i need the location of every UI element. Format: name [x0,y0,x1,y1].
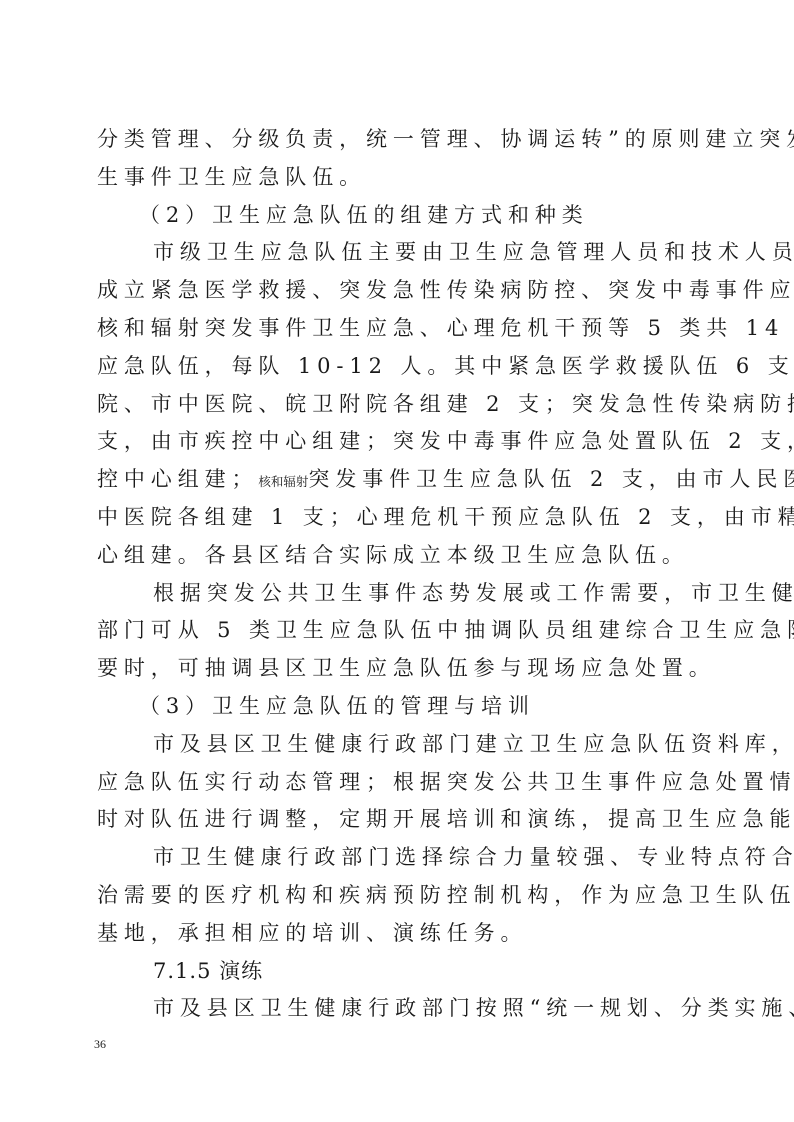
paragraph-line: 市卫生健康行政部门选择综合力量较强、专业特点符合应急救 [97,839,691,877]
paragraph-line: 应急队伍实行动态管理；根据突发公共卫生事件应急处置情况，及 [97,764,691,802]
paragraph-line: 基地，承担相应的培训、演练任务。 [97,915,691,953]
line-segment: 控中心组建； [97,467,258,491]
paragraph-line: 分类管理、分级负责，统一管理、协调运转”的原则建立突发公共卫 [97,121,691,159]
paragraph-line: 支，由市疾控中心组建；突发中毒事件应急处置队伍 2 支，由市疾 [97,423,691,461]
paragraph-line: 核和辐射突发事件卫生应急、心理危机干预等 5 类共 14 支市级卫生 [97,310,691,348]
paragraph-line: 时对队伍进行调整，定期开展培训和演练，提高卫生应急能力。 [97,801,691,839]
paragraph-line: 心组建。各县区结合实际成立本级卫生应急队伍。 [97,537,691,575]
paragraph-line: 生事件卫生应急队伍。 [97,159,691,197]
paragraph-line: 控中心组建；核和辐射突发事件卫生应急队伍 2 支，由市人民医院、市 [97,461,691,499]
paragraph-line: 市及县区卫生健康行政部门按照“统一规划、分类实施、分级负 [97,990,691,1028]
section-heading: （2）卫生应急队伍的组建方式和种类 [97,197,691,235]
page-number: 36 [94,1037,106,1052]
paragraph-line: 院、市中医院、皖卫附院各组建 2 支；突发急性传染病防控队伍 2 [97,386,691,424]
section-heading: （3）卫生应急队伍的管理与培训 [97,688,691,726]
small-text-segment: 核和辐射 [258,474,308,489]
paragraph-line: 中医院各组建 1 支；心理危机干预应急队伍 2 支，由市精神卫生中 [97,499,691,537]
paragraph-line: 市及县区卫生健康行政部门建立卫生应急队伍资料库，对卫生 [97,726,691,764]
paragraph-line: 成立紧急医学救援、突发急性传染病防控、突发中毒事件应急处置、 [97,272,691,310]
paragraph-line: 治需要的医疗机构和疾病预防控制机构，作为应急卫生队伍的培训 [97,877,691,915]
line-segment: 突发事件卫生应急队伍 2 支，由市人民医院、市 [308,467,794,491]
paragraph-line: 要时，可抽调县区卫生应急队伍参与现场应急处置。 [97,650,691,688]
section-heading: 7.1.5 演练 [97,953,691,991]
paragraph-line: 市级卫生应急队伍主要由卫生应急管理人员和技术人员构成， [97,234,691,272]
paragraph-line: 根据突发公共卫生事件态势发展或工作需要，市卫生健康行政 [97,575,691,613]
document-body: 分类管理、分级负责，统一管理、协调运转”的原则建立突发公共卫 生事件卫生应急队伍… [97,121,691,1028]
paragraph-line: 应急队伍，每队 10-12 人。其中紧急医学救援队伍 6 支，由市人民医 [97,348,691,386]
paragraph-line: 部门可从 5 类卫生应急队伍中抽调队员组建综合卫生应急队伍，必 [97,612,691,650]
